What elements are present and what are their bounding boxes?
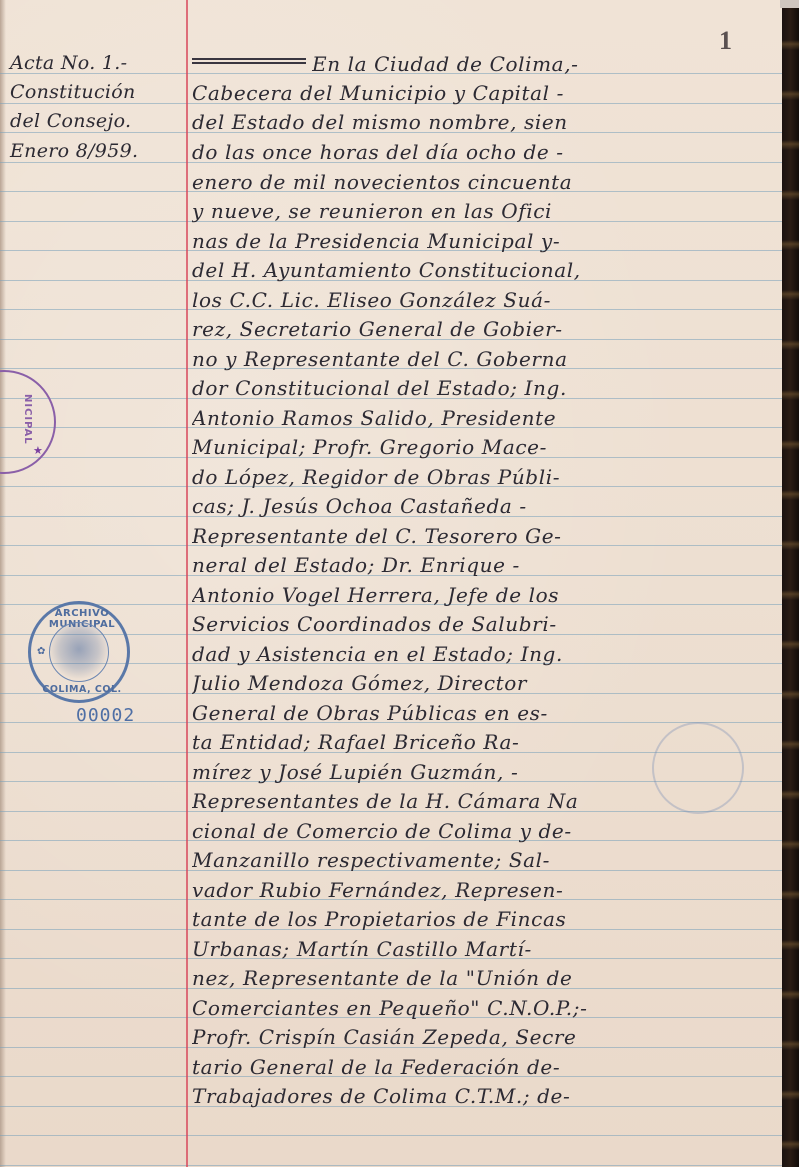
body-line: Manzanillo respectivamente; Sal- (192, 848, 777, 872)
body-line: no y Representante del C. Goberna (192, 347, 777, 371)
body-line: y nueve, se reunieron en las Ofici (192, 199, 777, 223)
faint-stamp-impression (652, 722, 744, 814)
flower-icon: ✿ (37, 646, 45, 657)
body-line: enero de mil novecientos cincuenta (192, 170, 777, 194)
body-line: Trabajadores de Colima C.T.M.; de- (192, 1084, 777, 1108)
ruled-line (0, 1165, 782, 1166)
body-line: tante de los Propietarios de Fincas (192, 907, 777, 931)
body-line: cional de Comercio de Colima y de- (192, 819, 777, 843)
body-line: Municipal; Profr. Gregorio Mace- (192, 435, 777, 459)
opening-double-rule (192, 58, 306, 64)
body-line: Cabecera del Municipio y Capital - (192, 81, 777, 105)
page-left-edge (0, 0, 6, 1167)
body-line: Julio Mendoza Gómez, Director (192, 671, 777, 695)
body-line: Comerciantes en Pequeño" C.N.O.P.;- (192, 996, 777, 1020)
body-line: Profr. Crispín Casián Zepeda, Secre (192, 1025, 777, 1049)
archive-stamp-bottom-text: COLIMA, COL. (37, 684, 127, 695)
star-icon: ★ (33, 444, 43, 457)
coat-of-arms-icon (49, 622, 109, 682)
body-line: Servicios Coordinados de Salubri- (192, 612, 777, 636)
archive-municipal-stamp: ARCHIVO MUNICIPAL ✿ COLIMA, COL. (28, 601, 130, 703)
ledger-page: 1 Acta No. 1.- Constitución del Consejo.… (0, 0, 782, 1167)
body-line: dor Constitucional del Estado; Ing. (192, 376, 777, 400)
body-line: Urbanas; Martín Castillo Martí- (192, 937, 777, 961)
body-line: do López, Regidor de Obras Públi- (192, 465, 777, 489)
body-line: nas de la Presidencia Municipal y- (192, 229, 777, 253)
binding-top-gap (780, 0, 799, 8)
margin-note-subject: Constitución (10, 81, 182, 103)
red-margin-line (186, 0, 188, 1167)
body-line: rez, Secretario General de Gobier- (192, 317, 777, 341)
body-line: del Estado del mismo nombre, sien (192, 110, 777, 134)
body-line: dad y Asistencia en el Estado; Ing. (192, 642, 777, 666)
body-line: General de Obras Públicas en es- (192, 701, 777, 725)
margin-note-date: Enero 8/959. (10, 140, 182, 162)
body-line: del H. Ayuntamiento Constitucional, (192, 258, 777, 282)
body-line: cas; J. Jesús Ochoa Castañeda - (192, 494, 777, 518)
body-line: Representante del C. Tesorero Ge- (192, 524, 777, 548)
body-line: do las once horas del día ocho de - (192, 140, 777, 164)
municipal-stamp-text: NICIPAL (22, 394, 33, 445)
book-binding-edge (782, 0, 799, 1167)
body-line: En la Ciudad de Colima,- (312, 52, 777, 76)
municipal-stamp-partial: NICIPAL ★ (0, 370, 56, 474)
body-line: tario General de la Federación de- (192, 1055, 777, 1079)
margin-note-subject-cont: del Consejo. (10, 110, 182, 132)
body-line: Antonio Ramos Salido, Presidente (192, 406, 777, 430)
archive-folio-number: 00002 (76, 705, 135, 726)
ruled-line (0, 1135, 782, 1136)
body-line: los C.C. Lic. Eliseo González Suá- (192, 288, 777, 312)
body-line: vador Rubio Fernández, Represen- (192, 878, 777, 902)
body-line: Antonio Vogel Herrera, Jefe de los (192, 583, 777, 607)
body-line: neral del Estado; Dr. Enrique - (192, 553, 777, 577)
margin-note-act-number: Acta No. 1.- (10, 52, 182, 74)
body-line: nez, Representante de la "Unión de (192, 966, 777, 990)
